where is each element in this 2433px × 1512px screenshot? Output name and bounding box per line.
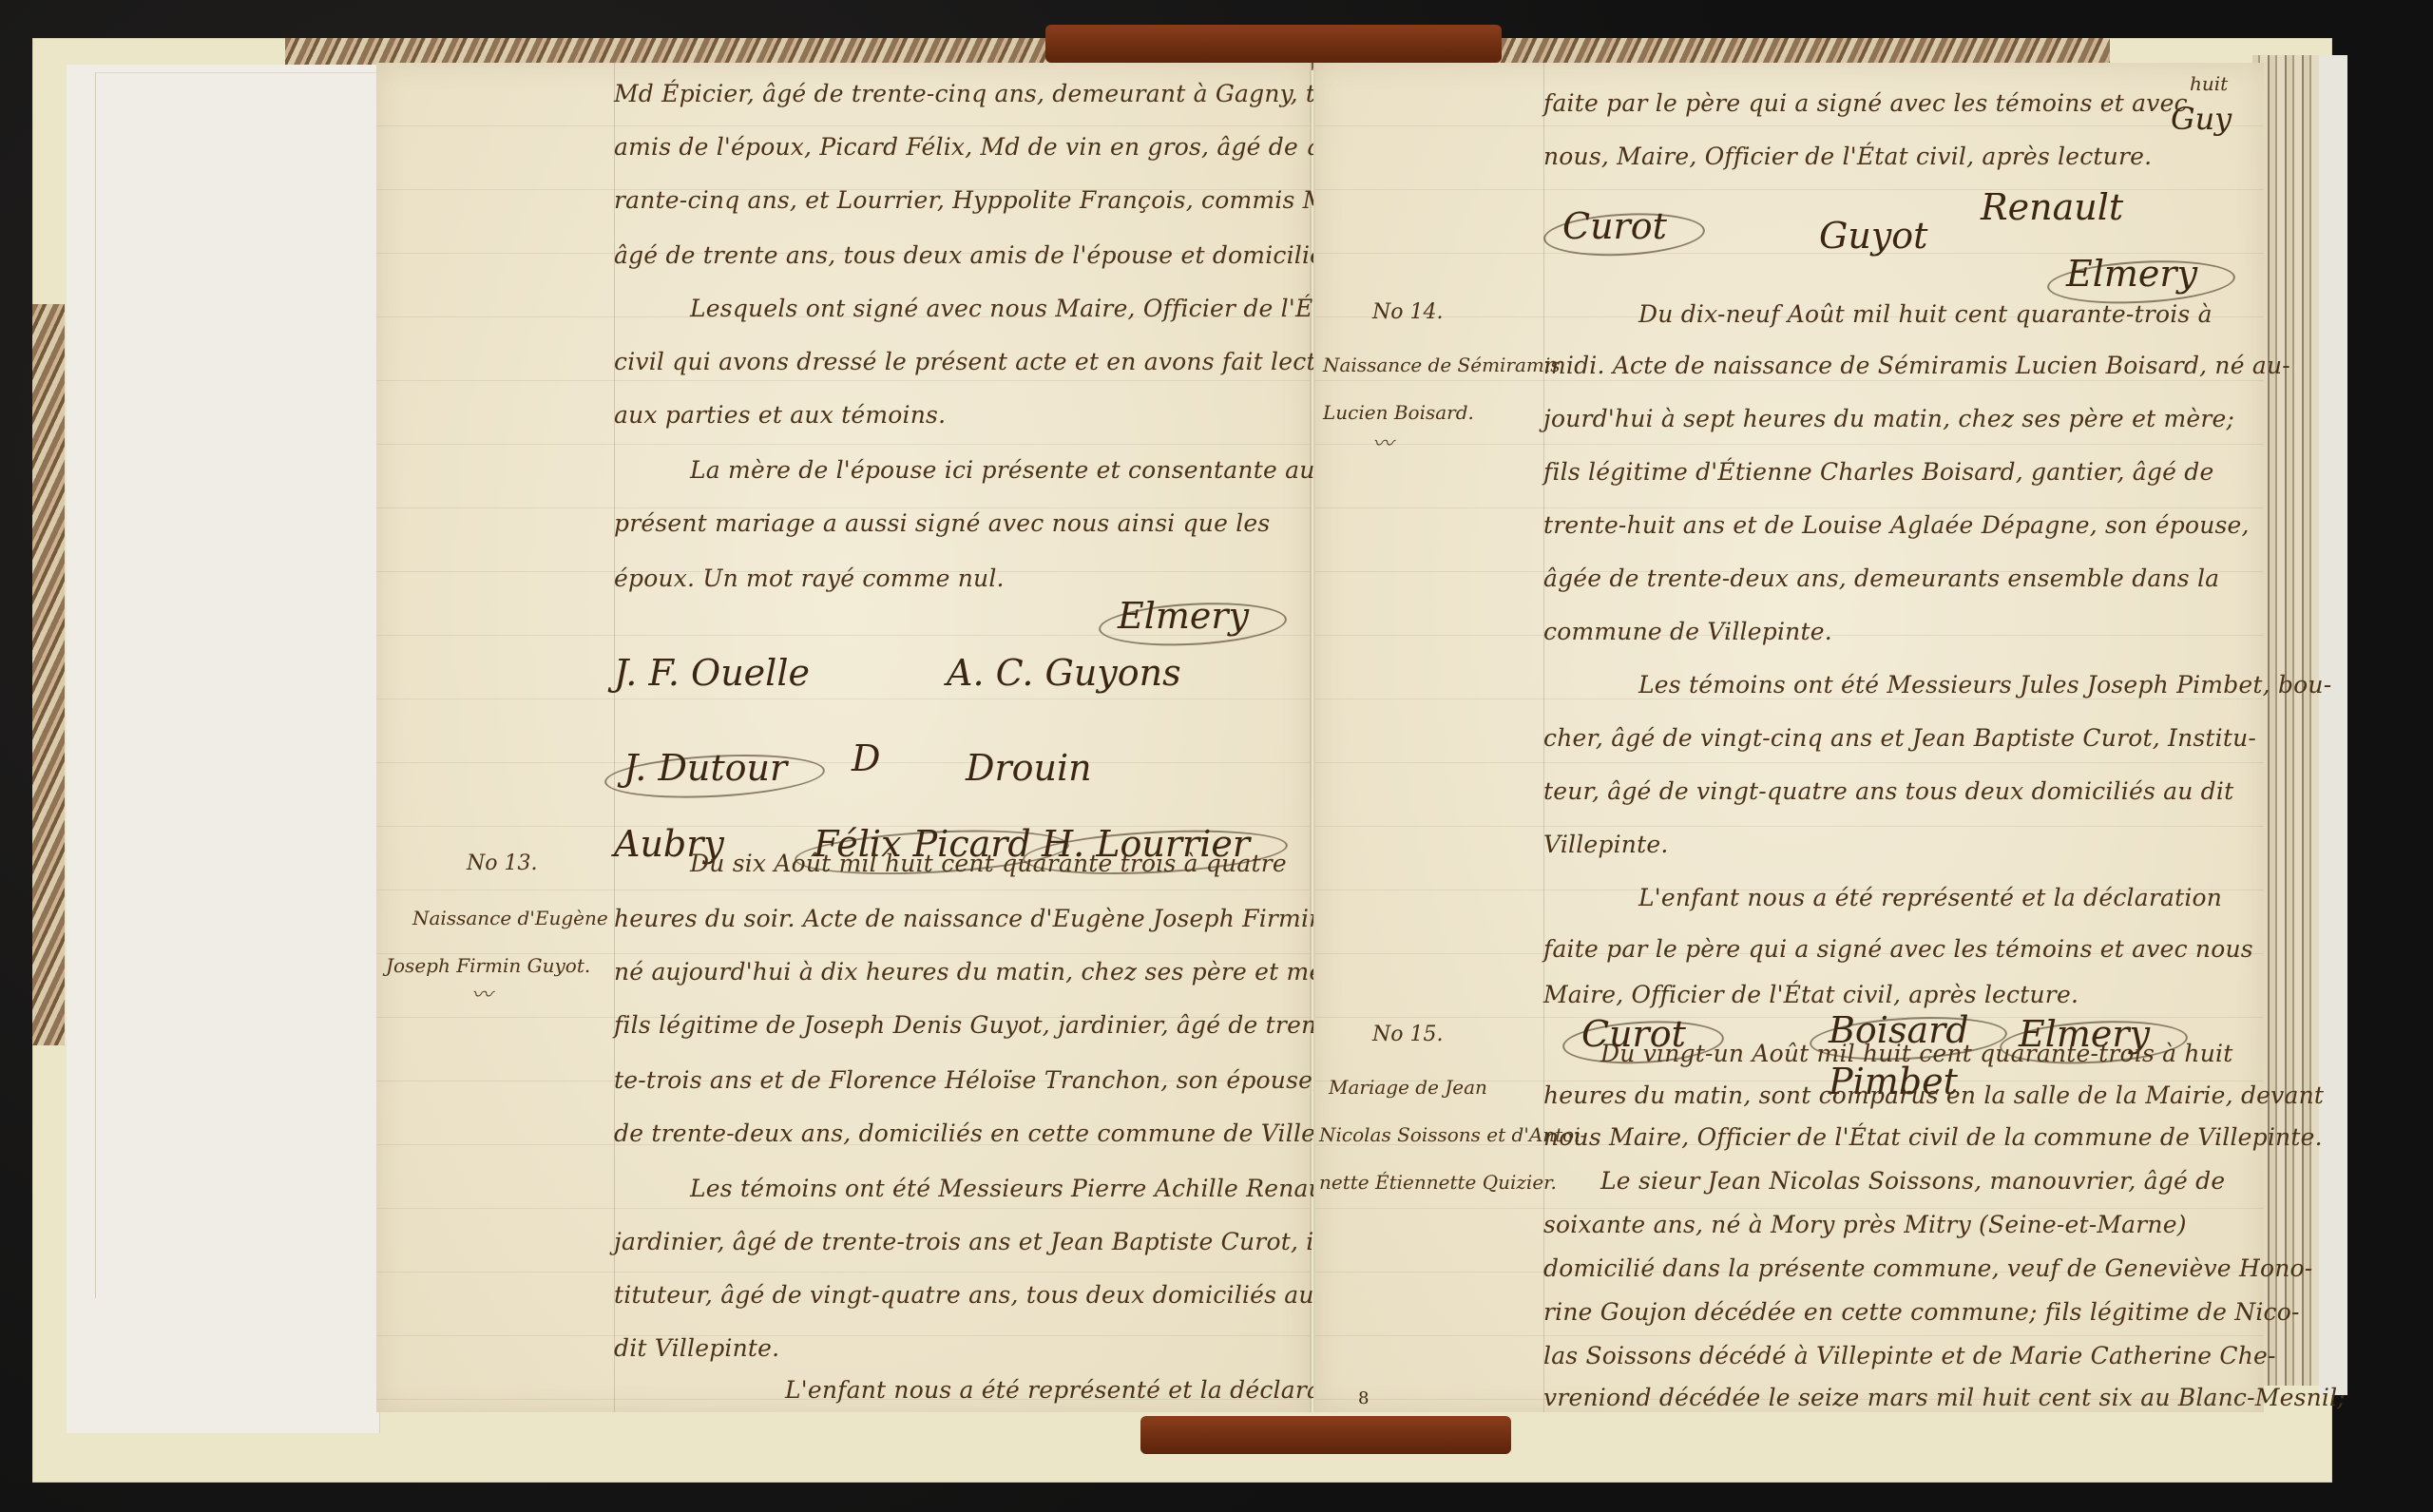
text-line: amis de l'époux, Picard Félix, Md de vin… (614, 135, 1359, 159)
text-line: jardinier, âgé de trente-trois ans et Je… (614, 1230, 1350, 1254)
text-line: heures du matin, sont comparus en la sal… (1543, 1083, 2324, 1107)
text-line: faite par le père qui a signé avec les t… (1543, 937, 2253, 961)
text-line: fils légitime d'Étienne Charles Boisard,… (1543, 460, 2213, 484)
text-line: soixante ans, né à Mory près Mitry (Sein… (1543, 1213, 2187, 1236)
text-line: dit Villepinte. (614, 1336, 779, 1360)
text-line: âgée de trente-deux ans, demeurants ense… (1543, 566, 2219, 590)
text-line: te-trois ans et de Florence Héloïse Tran… (614, 1068, 1387, 1092)
text-line: midi. Acte de naissance de Sémiramis Luc… (1543, 354, 2290, 377)
binding-strap-top (1045, 25, 1502, 63)
signature: J. F. Ouelle (614, 652, 810, 694)
flourish-mark: 〰 (471, 979, 492, 1008)
signature-maire: Elmery (2066, 253, 2197, 295)
text-line: L'enfant nous a été représenté et la déc… (1638, 886, 2222, 909)
text-line: Du dix-neuf Août mil huit cent quarante-… (1638, 302, 2213, 326)
flourish-mark: 〰 (1372, 428, 1393, 457)
text-line: de trente-deux ans, domiciliés en cette … (614, 1121, 1386, 1145)
text-line: Du vingt-un Août mil huit cent quarante-… (1600, 1042, 2232, 1065)
guard-sheet (2319, 55, 2347, 1395)
signature: Curot (1562, 205, 1667, 247)
text-line: Lesquels ont signé avec nous Maire, Offi… (690, 297, 1347, 320)
text-line: jourd'hui à sept heures du matin, chez s… (1543, 407, 2234, 431)
margin-title: Joseph Firmin Guyot. (386, 954, 590, 977)
text-line: rine Goujon décédée en cette commune; fi… (1543, 1300, 2300, 1324)
margin-title: Naissance de Sémiramis (1323, 354, 1561, 376)
page-stack-edge (2252, 55, 2328, 1386)
entry-number: No 13. (467, 852, 537, 875)
signature-maire: Elmery (1118, 595, 1249, 637)
text-line: nous, Maire, Officier de l'État civil, a… (1543, 144, 2152, 168)
text-line: nous Maire, Officier de l'État civil de … (1543, 1125, 2323, 1149)
flyleaf-inner-sheet (95, 72, 380, 1298)
text-line: Md Épicier, âgé de trente-cinq ans, deme… (614, 82, 1425, 105)
text-line: présent mariage a aussi signé avec nous … (614, 511, 1270, 535)
text-line: commune de Villepinte. (1543, 620, 1832, 643)
margin-title: Mariage de Jean (1329, 1076, 1487, 1099)
text-line: L'enfant nous a été représenté et la déc… (785, 1378, 1369, 1402)
right-page: huit Guy faite par le père qui a signé a… (1313, 63, 2264, 1412)
text-line: Le sieur Jean Nicolas Soissons, manouvri… (1600, 1169, 2225, 1193)
text-line: teur, âgé de vingt-quatre ans tous deux … (1543, 779, 2233, 803)
text-line: civil qui avons dressé le présent acte e… (614, 350, 1357, 373)
text-line: heures du soir. Acte de naissance d'Eugè… (614, 907, 1412, 930)
text-line: faite par le père qui a signé avec les t… (1543, 91, 2188, 115)
text-line: vreniond décédée le seize mars mil huit … (1543, 1386, 2346, 1409)
left-page: Md Épicier, âgé de trente-cinq ans, deme… (376, 63, 1312, 1412)
margin-title: Naissance d'Eugène (412, 907, 608, 929)
margin-title: Lucien Boisard. (1323, 401, 1474, 424)
folio-number: 8 (1358, 1388, 1369, 1408)
binding-strap-bottom (1140, 1416, 1511, 1454)
text-line: Les témoins ont été Messieurs Pierre Ach… (690, 1177, 1350, 1200)
signature: J. Dutour (623, 747, 787, 789)
text-line: las Soissons décédé à Villepinte et de M… (1543, 1344, 2276, 1368)
entry-number: No 15. (1372, 1023, 1443, 1046)
signature: Drouin (966, 747, 1092, 789)
text-line: Les témoins ont été Messieurs Jules Jose… (1638, 673, 2331, 697)
text-line: né aujourd'hui à dix heures du matin, ch… (614, 960, 1357, 984)
signature: Guyot (1819, 215, 1927, 257)
signature: A. C. Guyons (947, 652, 1181, 694)
text-line: La mère de l'épouse ici présente et cons… (690, 458, 1315, 482)
signature: Renault (1981, 186, 2123, 228)
margin-title: nette Étiennette Quizier. (1319, 1171, 1557, 1194)
text-line: époux. Un mot rayé comme nul. (614, 566, 1005, 590)
text-line: cher, âgé de vingt-cinq ans et Jean Bapt… (1543, 726, 2256, 750)
text-line: Villepinte. (1543, 833, 1669, 856)
marbled-board-left (32, 304, 65, 1045)
text-line: domicilié dans la présente commune, veuf… (1543, 1256, 2312, 1280)
text-line: Maire, Officier de l'État civil, après l… (1543, 983, 2079, 1006)
text-line: Du six Août mil huit cent quarante trois… (690, 852, 1287, 875)
text-line: tituteur, âgé de vingt-quatre ans, tous … (614, 1283, 1314, 1307)
signature: D (852, 737, 880, 779)
text-line: trente-huit ans et de Louise Aglaée Dépa… (1543, 513, 2250, 537)
text-line: rante-cinq ans, et Lourrier, Hyppolite F… (614, 188, 1432, 212)
entry-number: No 14. (1372, 300, 1443, 324)
text-line: aux parties et aux témoins. (614, 403, 946, 427)
text-line: fils légitime de Joseph Denis Guyot, jar… (614, 1013, 1325, 1037)
corner-note: huit (2190, 72, 2228, 95)
